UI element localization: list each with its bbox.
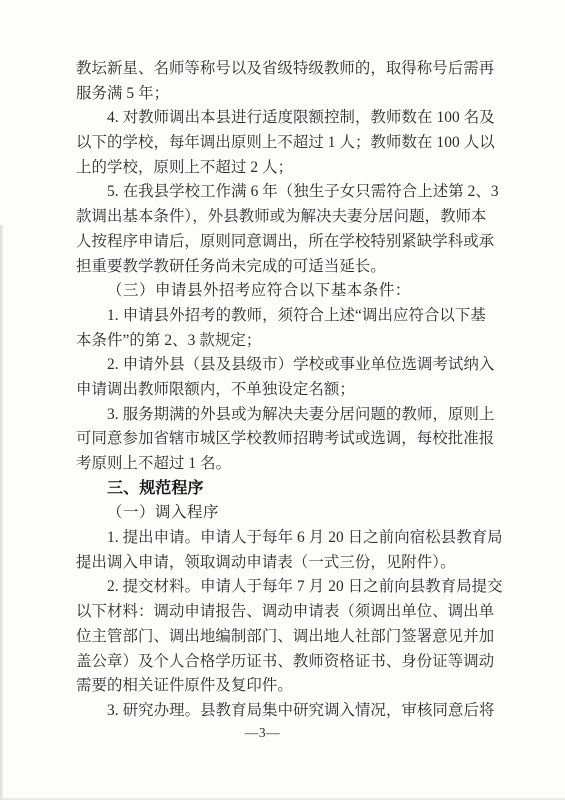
text-line: 1. 申请县外招考的教师，须符合上述“调出应符合以下基	[76, 304, 496, 329]
text-line: 3. 研究办理。县教育局集中研究调入情况，审核同意后将	[76, 699, 496, 724]
text-line: 5. 在我县学校工作满 6 年（独生子女只需符合上述第 2、3	[76, 180, 496, 205]
text-line: 盖公章）及个人合格学历证书、教师资格证书、身份证等调动	[76, 650, 496, 675]
text-line: 1. 提出申请。申请人于每年 6 月 20 日之前向宿松县教育局	[76, 526, 496, 551]
section-heading: 三、规范程序	[76, 477, 496, 502]
text-line: 2. 提交材料。申请人于每年 7 月 20 日之前向县教育局提交	[76, 575, 496, 600]
text-line: 申请调出教师限额内，不单独设定名额；	[76, 378, 496, 403]
text-line: 2. 申请外县（县及县级市）学校或事业单位选调考试纳入	[76, 353, 496, 378]
text-line: 人按程序申请后，原则同意调出，所在学校特别紧缺学科或承	[76, 230, 496, 255]
text-line: 以下材料：调动申请报告、调动申请表（须调出单位、调出单	[76, 600, 496, 625]
text-line: 可同意参加省辖市城区学校教师招聘考试或选调，每校批准报	[76, 427, 496, 452]
page-edge-shadow-left	[0, 225, 4, 800]
page-number: —3—	[0, 723, 525, 743]
subsection-heading: （一）调入程序	[76, 501, 496, 526]
text-line: 考原则上不超过 1 名。	[76, 452, 496, 477]
text-line: 提出调入申请，领取调动申请表（一式三份，见附件）。	[76, 551, 496, 576]
text-line: 4. 对教师调出本县进行适度限额控制，教师数在 100 名及	[76, 106, 496, 131]
text-line: 服务满 5 年；	[76, 82, 496, 107]
text-line: 教坛新星、名师等称号以及省级特级教师的，取得称号后需再	[76, 57, 496, 82]
text-line: 3. 服务期满的外县或为解决夫妻分居问题的教师，原则上	[76, 403, 496, 428]
text-line: 担重要教学教研任务尚未完成的可适当延长。	[76, 255, 496, 280]
text-line: 以下的学校，每年调出原则上不超过 1 人；教师数在 100 人以	[76, 131, 496, 156]
document-body: 教坛新星、名师等称号以及省级特级教师的，取得称号后需再服务满 5 年；4. 对教…	[76, 57, 496, 724]
document-page: 教坛新星、名师等称号以及省级特级教师的，取得称号后需再服务满 5 年；4. 对教…	[0, 0, 565, 800]
text-line: 上的学校，原则上不超过 2 人；	[76, 156, 496, 181]
text-line: 款调出基本条件），外县教师或为解决夫妻分居问题，教师本	[76, 205, 496, 230]
text-line: 位主管部门、调出地编制部门、调出地人社部门签署意见并加	[76, 625, 496, 650]
subsection-heading: （三）申请县外招考应符合以下基本条件：	[76, 279, 496, 304]
text-line: 本条件”的第 2、3 款规定；	[76, 329, 496, 354]
text-line: 需要的相关证件原件及复印件。	[76, 674, 496, 699]
